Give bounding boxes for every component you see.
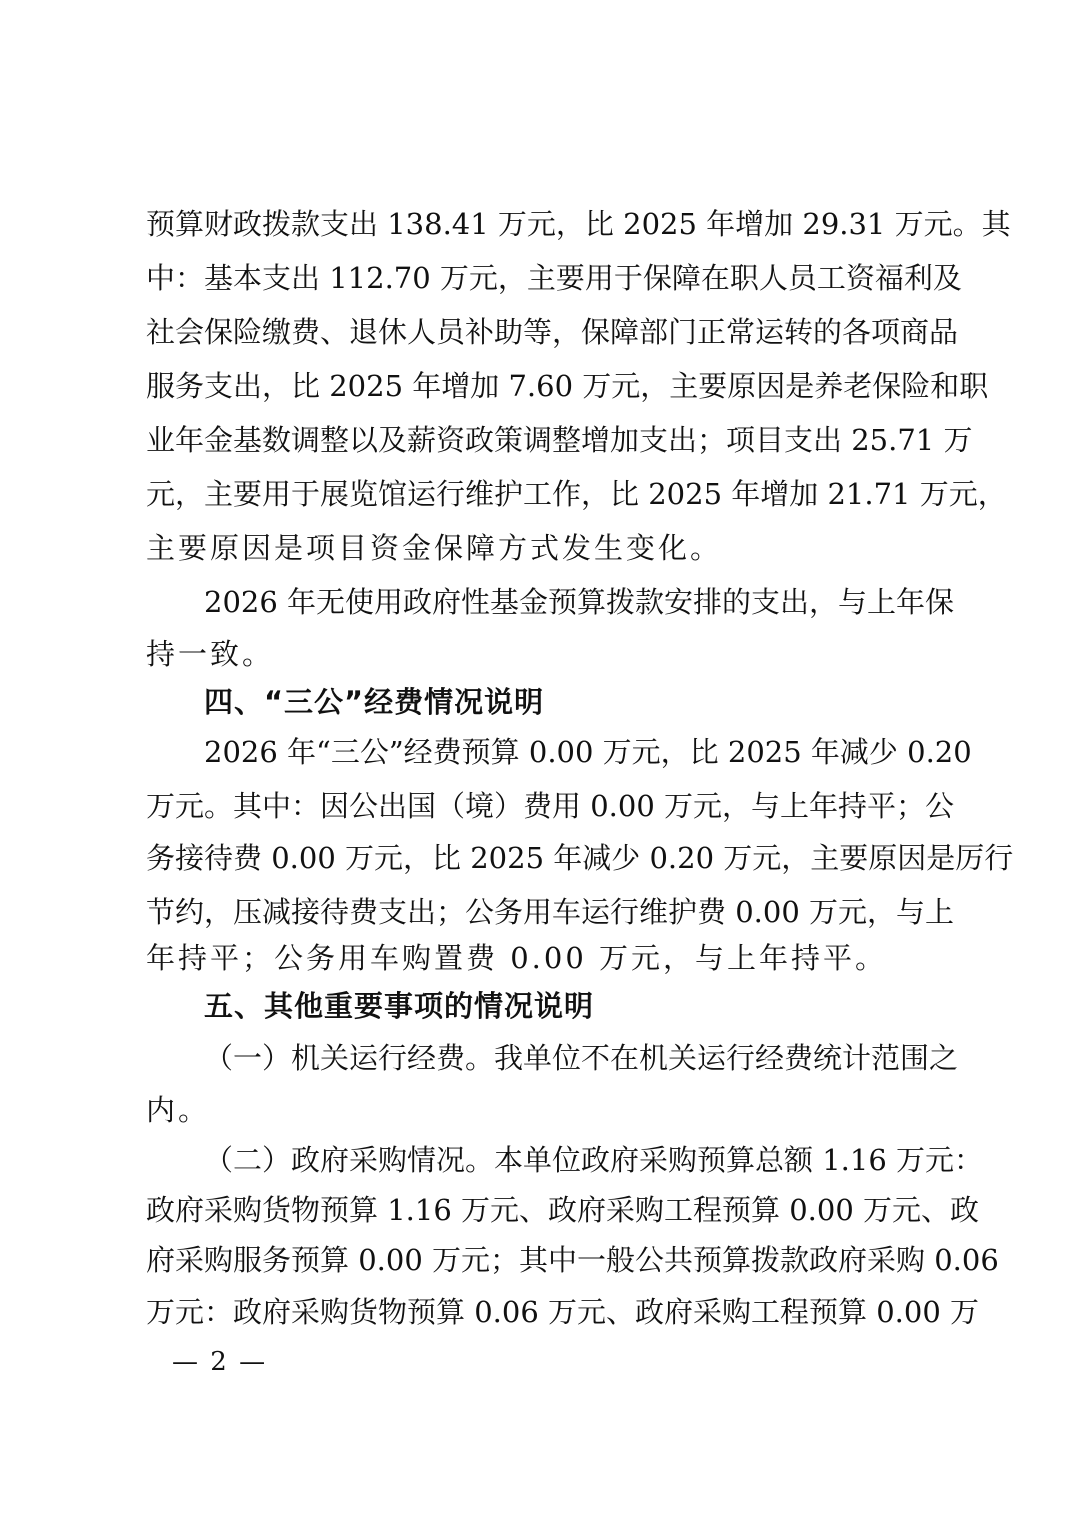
paragraph-line: 中：基本支出 112.70 万元，主要用于保障在职人员工资福利及: [146, 258, 940, 298]
paragraph-line: 万元：政府采购货物预算 0.06 万元、政府采购工程预算 0.00 万: [146, 1292, 940, 1332]
paragraph-line: 年持平；公务用车购置费 0.00 万元，与上年持平。: [146, 938, 940, 978]
paragraph-line: 节约，压减接待费支出；公务用车运行维护费 0.00 万元，与上: [146, 892, 940, 932]
paragraph-line: 主要原因是项目资金保障方式发生变化。: [146, 528, 940, 568]
paragraph-line: 预算财政拨款支出 138.41 万元，比 2025 年增加 29.31 万元。其: [146, 204, 940, 244]
paragraph-line: （二）政府采购情况。本单位政府采购预算总额 1.16 万元：: [204, 1140, 940, 1180]
paragraph-line: （一）机关运行经费。我单位不在机关运行经费统计范围之: [204, 1038, 940, 1078]
paragraph-line: 政府采购货物预算 1.16 万元、政府采购工程预算 0.00 万元、政: [146, 1190, 940, 1230]
paragraph-line: 2026 年“三公”经费预算 0.00 万元，比 2025 年减少 0.20: [204, 732, 940, 772]
paragraph-line: 元，主要用于展览馆运行维护工作，比 2025 年增加 21.71 万元，: [146, 474, 940, 514]
section-heading-4: 四、“三公”经费情况说明: [204, 682, 940, 722]
paragraph-line: 服务支出，比 2025 年增加 7.60 万元，主要原因是养老保险和职: [146, 366, 940, 406]
paragraph-line: 务接待费 0.00 万元，比 2025 年减少 0.20 万元，主要原因是厉行: [146, 838, 940, 878]
paragraph-line: 业年金基数调整以及薪资政策调整增加支出；项目支出 25.71 万: [146, 420, 940, 460]
section-heading-5: 五、其他重要事项的情况说明: [204, 986, 940, 1026]
paragraph-line: 万元。其中：因公出国（境）费用 0.00 万元，与上年持平；公: [146, 786, 940, 826]
paragraph-line: 持一致。: [146, 634, 940, 674]
document-page: 预算财政拨款支出 138.41 万元，比 2025 年增加 29.31 万元。其…: [0, 0, 1074, 1520]
paragraph-line: 府采购服务预算 0.00 万元；其中一般公共预算拨款政府采购 0.06: [146, 1240, 940, 1280]
paragraph-line: 内。: [146, 1090, 940, 1130]
paragraph-line: 社会保险缴费、退休人员补助等，保障部门正常运转的各项商品: [146, 312, 940, 352]
paragraph-line: 2026 年无使用政府性基金预算拨款安排的支出，与上年保: [204, 582, 940, 622]
page-number: — 2 —: [172, 1344, 267, 1380]
